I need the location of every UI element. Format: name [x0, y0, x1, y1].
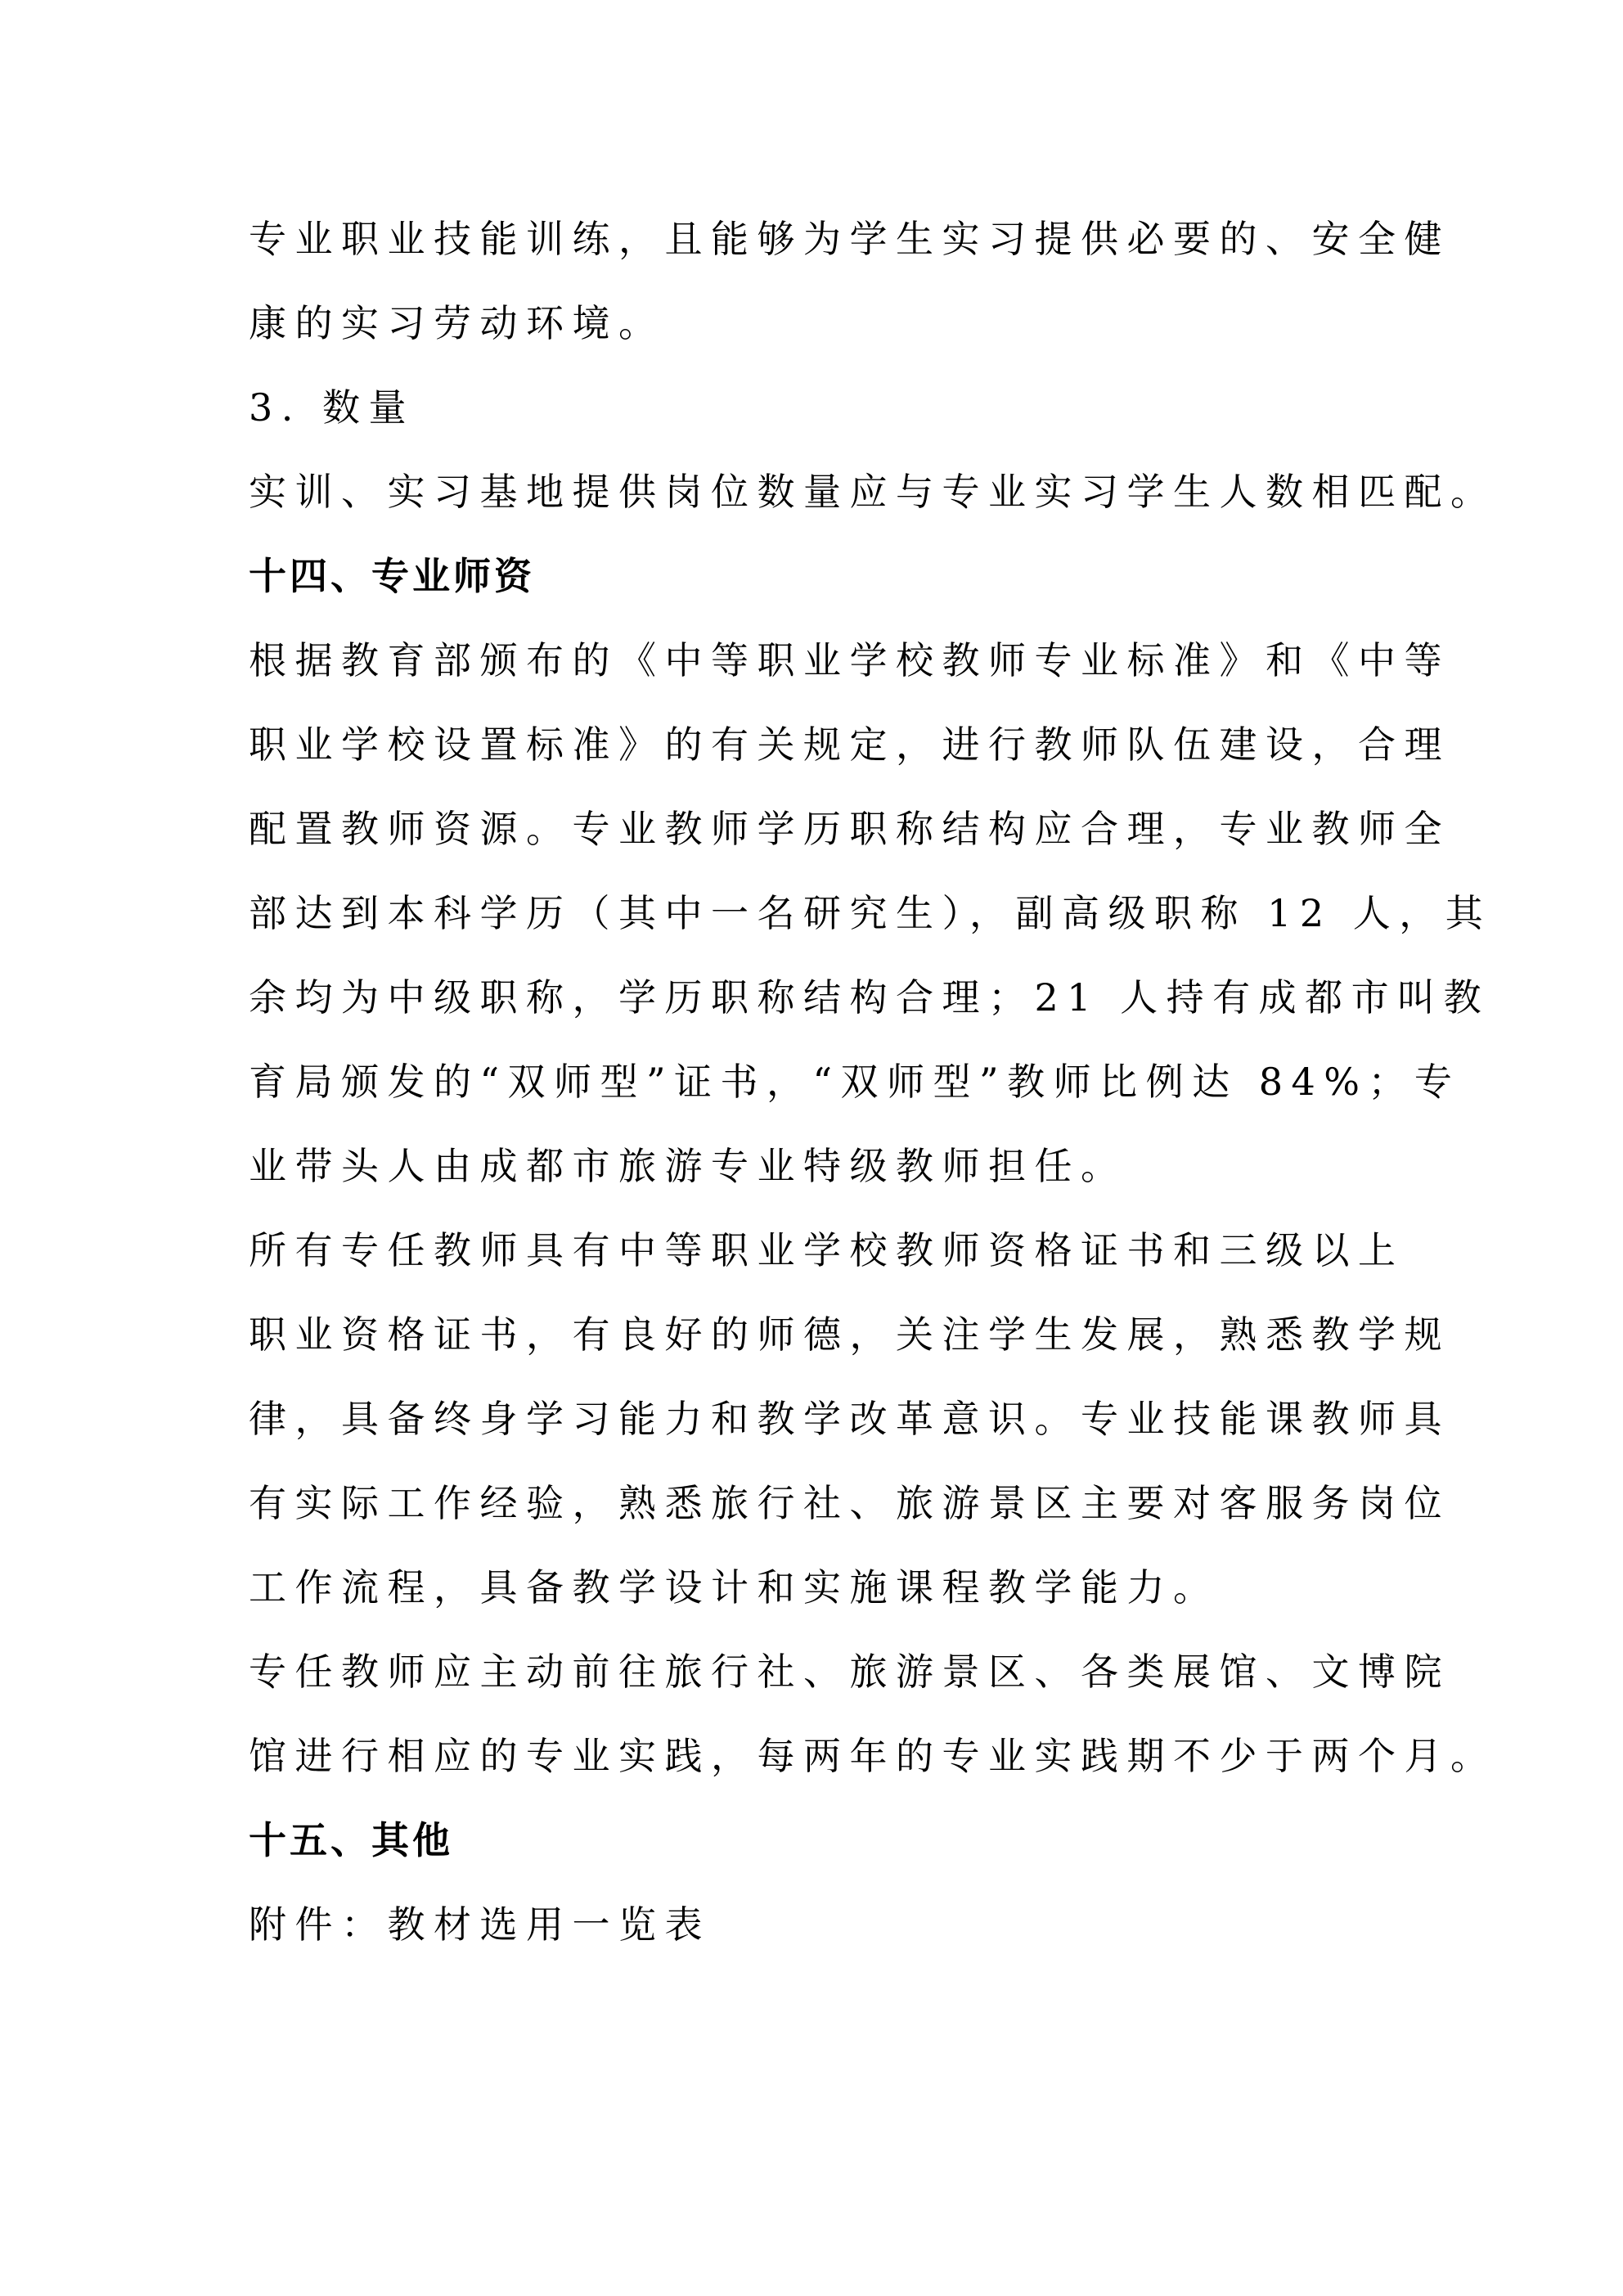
paragraph-line: 专任教师应主动前往旅行社、旅游景区、各类展馆、文博院: [249, 1642, 1394, 1727]
document-body: 专业职业技能训练，且能够为学生实习提供必要的、安全健 康的实习劳动环境。 3. …: [249, 209, 1394, 1979]
paragraph-line: 康的实习劳动环境。: [249, 294, 1394, 378]
section-heading-faculty: 十四、专业师资: [249, 547, 1394, 631]
paragraph-line: 馆进行相应的专业实践，每两年的专业实践期不少于两个月。: [249, 1727, 1394, 1811]
paragraph-line: 育局颁发的“双师型”证书，“双师型”教师比例达 84%；专: [249, 1052, 1394, 1137]
attachment-line: 附件：教材选用一览表: [249, 1895, 1394, 1979]
paragraph-line: 有实际工作经验，熟悉旅行社、旅游景区主要对客服务岗位: [249, 1474, 1394, 1558]
paragraph-line: 业带头人由成都市旅游专业特级教师担任。: [249, 1137, 1394, 1221]
paragraph-line: 职业学校设置标准》的有关规定，进行教师队伍建设，合理: [249, 715, 1394, 799]
section-heading-other: 十五、其他: [249, 1811, 1394, 1895]
document-page: 专业职业技能训练，且能够为学生实习提供必要的、安全健 康的实习劳动环境。 3. …: [0, 0, 1623, 2296]
paragraph-line: 根据教育部颁布的《中等职业学校教师专业标准》和《中等: [249, 631, 1394, 715]
paragraph-line: 配置教师资源。专业教师学历职称结构应合理，专业教师全: [249, 799, 1394, 884]
paragraph-line: 职业资格证书，有良好的师德，关注学生发展，熟悉教学规: [249, 1305, 1394, 1389]
paragraph-line: 余均为中级职称，学历职称结构合理；21 人持有成都市叫教: [249, 968, 1394, 1052]
paragraph-line: 专业职业技能训练，且能够为学生实习提供必要的、安全健: [249, 209, 1394, 294]
paragraph-line: 部达到本科学历（其中一名研究生），副高级职称 12 人，其: [249, 884, 1394, 968]
paragraph-line: 律，具备终身学习能力和教学改革意识。专业技能课教师具: [249, 1389, 1394, 1474]
paragraph-line: 所有专任教师具有中等职业学校教师资格证书和三级以上: [249, 1221, 1394, 1305]
paragraph-line: 实训、实习基地提供岗位数量应与专业实习学生人数相匹配。: [249, 462, 1394, 547]
paragraph-line: 工作流程，具备教学设计和实施课程教学能力。: [249, 1558, 1394, 1642]
subsection-heading-quantity: 3. 数量: [249, 378, 1394, 462]
